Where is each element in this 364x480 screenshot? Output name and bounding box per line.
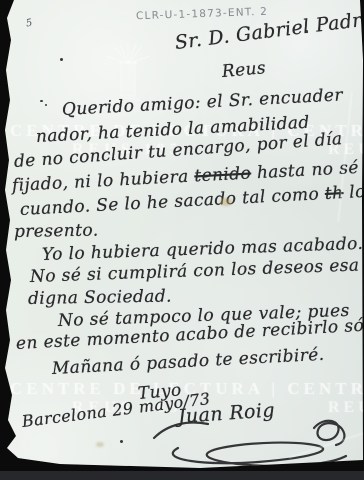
paper-speck (60, 58, 63, 61)
scanned-letter-photo: CENTRE DE LECTURA | CENTRE IREUS 185REUC… (0, 0, 364, 480)
paper-speck (306, 30, 308, 33)
paper-speck (40, 100, 43, 102)
archive-code-annotation: CLR-U-1-1873-ENT. 2 (136, 6, 268, 23)
paper-speck (120, 440, 123, 443)
corner-mark: 5 (25, 17, 34, 29)
letter-text: presento. (14, 221, 99, 242)
paper-stain (96, 442, 104, 447)
letter-text: hasta no sé (251, 158, 360, 184)
paper-speck (45, 104, 47, 106)
scan-bottom-shadow (0, 471, 364, 480)
letter-line: presento. (14, 221, 99, 242)
paper-stain (220, 198, 232, 206)
struck-word: tenido (194, 163, 252, 186)
letter-text: digna Sociedad. (28, 286, 172, 309)
letter-line: digna Sociedad. (28, 286, 172, 309)
letter-text: lo (343, 182, 364, 203)
struck-word: th (324, 183, 344, 204)
recipient-city: Reus (221, 58, 267, 82)
letter-paper: CENTRE DE LECTURA | CENTRE IREUS 185REUC… (0, 0, 364, 480)
